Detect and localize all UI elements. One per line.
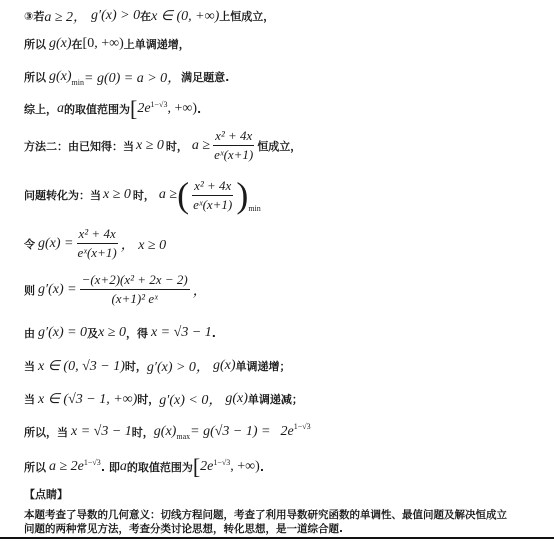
text: 上恒成立， (219, 8, 274, 24)
math: x = √3 − 1 (151, 325, 212, 341)
math: x ∈ (√3 − 1, +∞) (38, 391, 137, 408)
text: 本题考查了导数的几何意义：切线方程问题，考查了利用导数研究函数的单调性、最值问题… (24, 507, 507, 522)
denominator: (x+1)² eˣ (111, 290, 157, 307)
fraction: x² + 4x eˣ(x+1) (192, 178, 233, 213)
math: a ≥ (159, 187, 177, 203)
math: g(x) (225, 391, 248, 407)
math: g′(x) > 0， (147, 356, 210, 376)
math: x ∈ (0, +∞) (151, 8, 219, 25)
denominator: eˣ(x+1) (214, 146, 253, 163)
case-3-line: ③若 a ≥ 2， g′(x) > 0 在 x ∈ (0, +∞) 上恒成立， (24, 6, 274, 26)
text: 的取值范围为 (127, 459, 193, 475)
subscript: min (248, 204, 260, 213)
math: g′(x) = 0 (38, 325, 87, 341)
critical-point-line: 由 g′(x) = 0 及 x ≥ 0 ，得 x = √3 − 1 . (24, 325, 216, 341)
transform-line: 问题转化为：当 x ≥ 0 时， a ≥ ( x² + 4x eˣ(x+1) )… (24, 174, 261, 216)
text: ③若 (24, 8, 44, 24)
text: 时， (166, 138, 188, 154)
text: 单调递增； (235, 358, 290, 374)
exponent: 1−√3 (151, 100, 168, 109)
text: 单调递减； (248, 391, 303, 407)
final-answer-line: 所以 a ≥ 2e 1−√3 . 即 a 的取值范围为 [ 2e 1−√3 , … (24, 454, 264, 480)
math: ， (193, 280, 207, 300)
math: a ≥ 2e (49, 459, 84, 475)
text: 当 (24, 391, 35, 407)
text: 方法二：由已知得：当 (24, 138, 134, 154)
exponent: 1−√3 (213, 458, 230, 467)
text: 时， (125, 358, 147, 374)
denominator: eˣ(x+1) (78, 244, 117, 261)
math: g′(x) = (38, 282, 77, 298)
math: g(x) (49, 69, 72, 85)
math: = g(√3 − 1) = (190, 424, 270, 440)
text: 令 (24, 236, 35, 252)
text: 问题转化为：当 (24, 187, 101, 203)
text: . (260, 461, 264, 474)
math: x ≥ 0 (136, 138, 164, 154)
math: x = √3 − 1 (71, 424, 132, 440)
comment-text-2: 问题的两种常见方法，考查分类讨论思想，转化思想，是一道综合题. (24, 521, 343, 536)
text: 综上， (24, 101, 57, 117)
text: 所以 (24, 69, 46, 85)
text: 则 (24, 282, 35, 298)
math: g(x) = (38, 236, 74, 252)
text: 时， (133, 187, 155, 203)
define-g-line: 令 g(x) = x² + 4x eˣ(x+1) ， x ≥ 0 (24, 226, 166, 261)
text: 所以 (24, 36, 46, 52)
math: 2e (280, 424, 293, 440)
math: g′(x) > 0 (91, 8, 140, 24)
comment-title: 【点睛】 (24, 486, 68, 502)
derivative-line: 则 g′(x) = −(x+2)(x² + 2x − 2) (x+1)² eˣ … (24, 272, 207, 307)
math: g(x) (154, 424, 177, 440)
text: ，得 (126, 325, 148, 341)
fraction: x² + 4x eˣ(x+1) (77, 226, 118, 261)
math: , +∞) (167, 101, 197, 117)
bracket: [ (130, 96, 137, 122)
text: 的取值范围为 (64, 101, 130, 117)
text: 时， (132, 424, 154, 440)
exponent: 1−√3 (84, 458, 101, 467)
bottom-divider (0, 537, 554, 539)
text: 及 (87, 325, 98, 341)
exponent: 1−√3 (294, 422, 311, 431)
denominator: eˣ(x+1) (193, 196, 232, 213)
text: 所以，当 (24, 424, 68, 440)
subscript: min (72, 78, 84, 87)
math: a ≥ 2， (44, 6, 87, 26)
text: 当 (24, 358, 35, 374)
math: a (57, 101, 64, 117)
math: g(x) (213, 358, 236, 374)
numerator: x² + 4x (192, 178, 233, 196)
right-paren: ) (236, 174, 248, 216)
text: 由 (24, 325, 35, 341)
heading: 【点睛】 (24, 486, 68, 502)
math: 2e (137, 101, 150, 117)
increasing-line: 所以 g(x) 在 [0, +∞) 上单调递增， (24, 36, 190, 52)
math: x ∈ (0, √3 − 1) (38, 358, 125, 375)
math: a (120, 459, 127, 475)
conclusion-line: 综上， a 的取值范围为 [ 2e 1−√3 , +∞) . (24, 96, 201, 122)
bracket: [ (193, 454, 200, 480)
method-two-line: 方法二：由已知得：当 x ≥ 0 时， a ≥ x² + 4x eˣ(x+1) … (24, 128, 301, 163)
text: . (212, 327, 216, 340)
max-value-line: 所以，当 x = √3 − 1 时， g(x) max = g(√3 − 1) … (24, 422, 311, 441)
numerator: −(x+2)(x² + 2x − 2) (80, 272, 190, 290)
text: 时， (137, 391, 159, 407)
text: 在 (140, 8, 151, 24)
decreasing-interval-line: 当 x ∈ (√3 − 1, +∞) 时， g′(x) < 0， g(x) 单调… (24, 389, 303, 409)
left-paren: ( (177, 174, 189, 216)
text: 在 (72, 36, 83, 52)
text: 上单调递增， (124, 36, 190, 52)
math: x ≥ 0 (98, 325, 126, 341)
math: ， x ≥ 0 (121, 234, 166, 254)
increasing-interval-line: 当 x ∈ (0, √3 − 1) 时， g′(x) > 0， g(x) 单调递… (24, 356, 290, 376)
math: a ≥ (192, 138, 210, 154)
math: x ≥ 0 (103, 187, 131, 203)
min-value-line: 所以 g(x) min = g(0) = a > 0， 满足题意. (24, 67, 229, 87)
numerator: x² + 4x (213, 128, 254, 146)
numerator: x² + 4x (77, 226, 118, 244)
math: 2e (200, 459, 213, 475)
fraction: x² + 4x eˣ(x+1) (213, 128, 254, 163)
text: 问题的两种常见方法，考查分类讨论思想，转化思想，是一道综合题. (24, 521, 343, 536)
subscript: max (176, 432, 190, 441)
text: 满足题意. (181, 69, 229, 85)
math: = g(0) = a > 0， (84, 67, 181, 87)
math: , +∞) (230, 459, 260, 475)
math: g′(x) < 0， (159, 389, 222, 409)
math: g(x) (49, 36, 72, 52)
text: 所以 (24, 459, 46, 475)
fraction: −(x+2)(x² + 2x − 2) (x+1)² eˣ (80, 272, 190, 307)
math: [0, +∞) (83, 36, 124, 52)
text: . (197, 103, 201, 116)
text: 恒成立， (257, 138, 301, 154)
text: . 即 (101, 459, 120, 475)
comment-text-1: 本题考查了导数的几何意义：切线方程问题，考查了利用导数研究函数的单调性、最值问题… (24, 507, 507, 522)
